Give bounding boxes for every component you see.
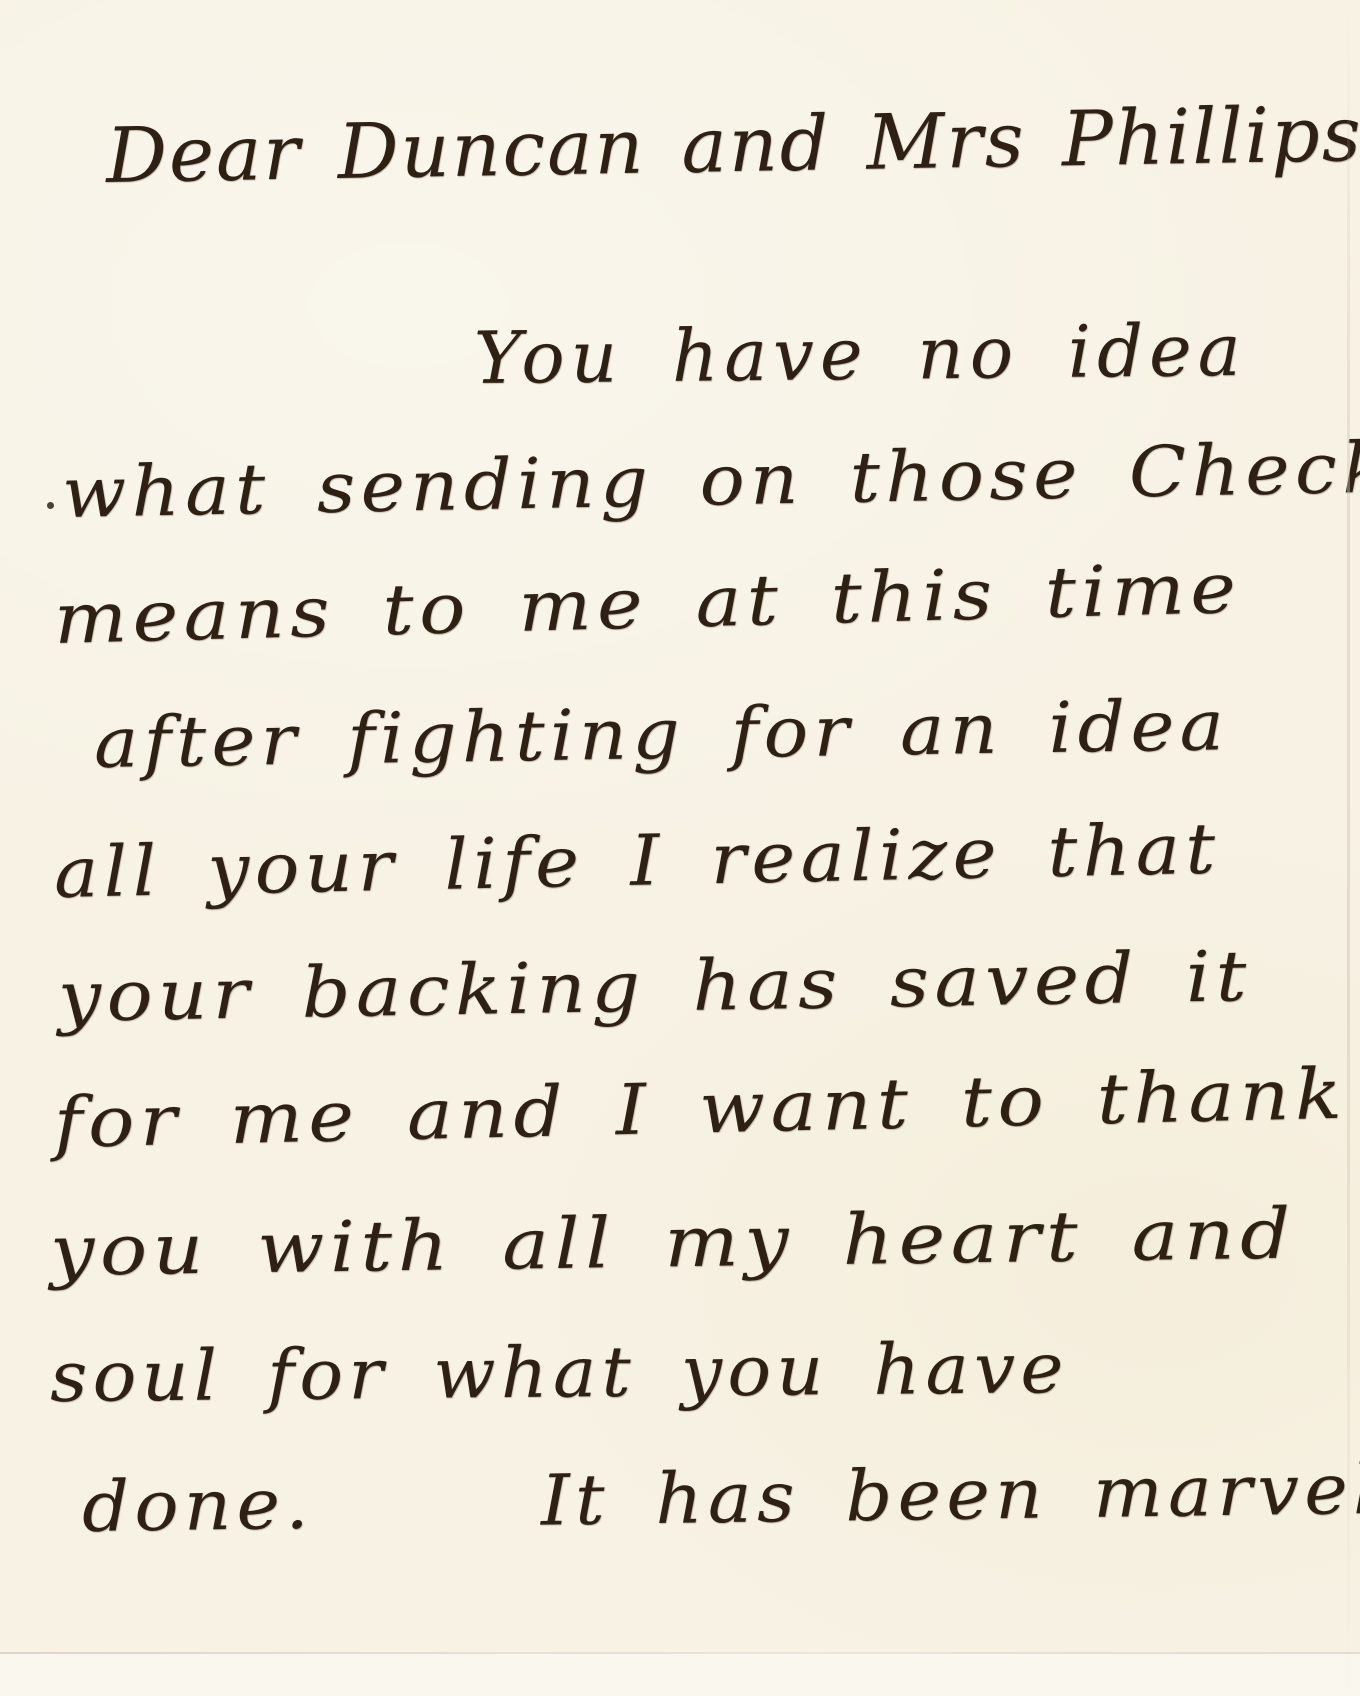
letter-line-11: done. It has been marvelous [82,1452,1360,1542]
letter-line-10: soul for what you have [50,1333,1069,1412]
letter-line-3: what sending on those Checks [61,432,1360,528]
letter-line-4: means to me at this time [53,553,1242,654]
letter-page: Dear Duncan and Mrs Phillips. You have n… [0,0,1360,1696]
letter-line-6: all your life I realize that [53,814,1221,908]
salutation-line: Dear Duncan and Mrs Phillips. [105,96,1360,194]
letter-line-7: your backing has saved it [57,941,1252,1032]
letter-line-9: you with all my heart and [50,1199,1297,1286]
paper-edge-shadow [1347,0,1350,1696]
letter-line-5: after fighting for an idea [93,690,1229,778]
letter-line-8: for me and I want to thank [53,1059,1348,1158]
page-fold-line [0,1652,1360,1654]
stray-ink-dot [47,502,54,509]
paper-below-fold [0,1654,1360,1696]
letter-line-2: You have no idea [474,314,1247,394]
